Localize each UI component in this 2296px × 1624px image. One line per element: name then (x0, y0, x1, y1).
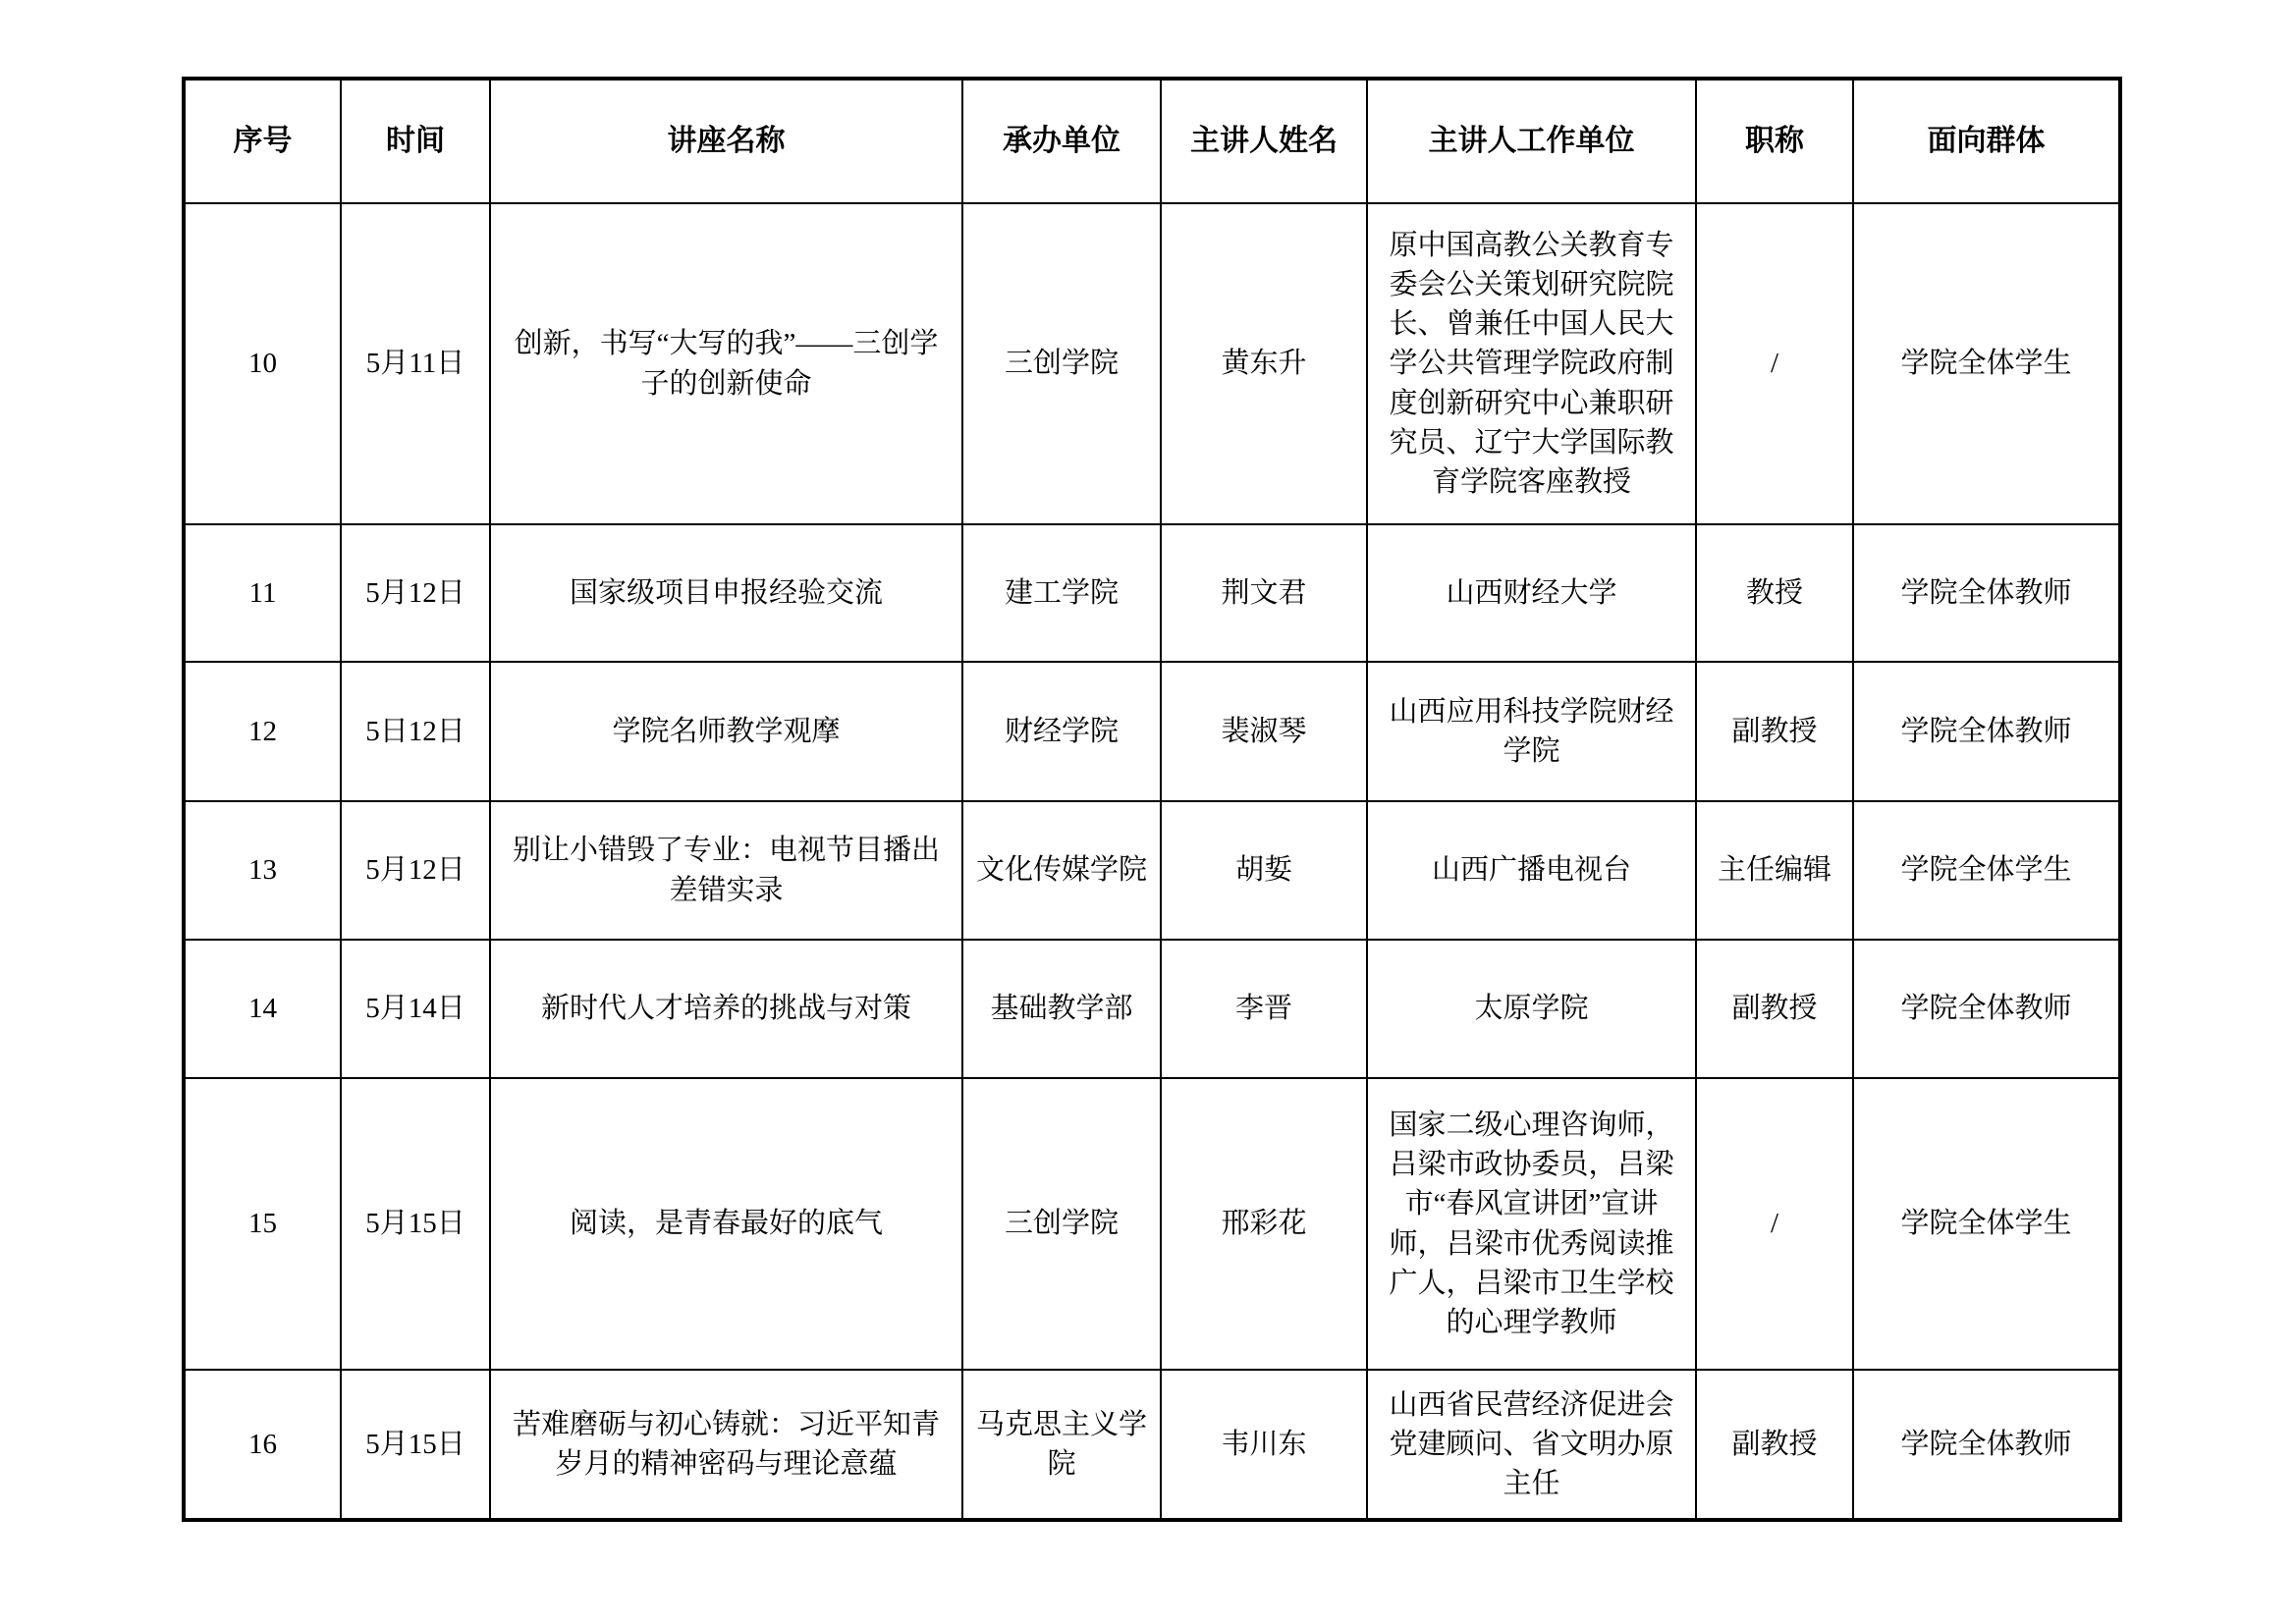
cell-organizer: 马克思主义学院 (962, 1370, 1161, 1520)
header-speaker: 主讲人姓名 (1161, 79, 1367, 203)
cell-time: 5月14日 (341, 940, 490, 1078)
cell-time: 5日12日 (341, 662, 490, 801)
table-row: 14 5月14日 新时代人才培养的挑战与对策 基础教学部 李晋 太原学院 副教授… (184, 940, 2120, 1078)
cell-organizer: 财经学院 (962, 662, 1161, 801)
cell-work-unit: 太原学院 (1367, 940, 1696, 1078)
cell-title: 苦难磨砺与初心铸就：习近平知青岁月的精神密码与理论意蕴 (490, 1370, 962, 1520)
table-row: 15 5月15日 阅读，是青春最好的底气 三创学院 邢彩花 国家二级心理咨询师，… (184, 1078, 2120, 1370)
cell-no: 13 (184, 801, 341, 940)
cell-audience: 学院全体学生 (1853, 1078, 2120, 1370)
cell-title: 别让小错毁了专业：电视节目播出差错实录 (490, 801, 962, 940)
cell-audience: 学院全体学生 (1853, 801, 2120, 940)
cell-rank: 主任编辑 (1696, 801, 1853, 940)
table-row: 10 5月11日 创新，书写“大写的我”——三创学子的创新使命 三创学院 黄东升… (184, 203, 2120, 524)
header-audience: 面向群体 (1853, 79, 2120, 203)
cell-audience: 学院全体教师 (1853, 524, 2120, 662)
lecture-schedule-table: 序号 时间 讲座名称 承办单位 主讲人姓名 主讲人工作单位 职称 面向群体 10… (182, 77, 2122, 1522)
document-page: 序号 时间 讲座名称 承办单位 主讲人姓名 主讲人工作单位 职称 面向群体 10… (0, 0, 2296, 1624)
cell-audience: 学院全体学生 (1853, 203, 2120, 524)
cell-work-unit: 山西广播电视台 (1367, 801, 1696, 940)
cell-time: 5月11日 (341, 203, 490, 524)
header-rank: 职称 (1696, 79, 1853, 203)
cell-no: 11 (184, 524, 341, 662)
cell-speaker: 邢彩花 (1161, 1078, 1367, 1370)
cell-work-unit: 山西财经大学 (1367, 524, 1696, 662)
cell-title: 新时代人才培养的挑战与对策 (490, 940, 962, 1078)
cell-speaker: 李晋 (1161, 940, 1367, 1078)
cell-audience: 学院全体教师 (1853, 940, 2120, 1078)
cell-no: 15 (184, 1078, 341, 1370)
cell-rank: 副教授 (1696, 1370, 1853, 1520)
cell-speaker: 荆文君 (1161, 524, 1367, 662)
table-row: 16 5月15日 苦难磨砺与初心铸就：习近平知青岁月的精神密码与理论意蕴 马克思… (184, 1370, 2120, 1520)
cell-audience: 学院全体教师 (1853, 1370, 2120, 1520)
cell-work-unit: 山西应用科技学院财经学院 (1367, 662, 1696, 801)
cell-speaker: 裴淑琴 (1161, 662, 1367, 801)
cell-title: 学院名师教学观摩 (490, 662, 962, 801)
cell-speaker: 韦川东 (1161, 1370, 1367, 1520)
cell-no: 10 (184, 203, 341, 524)
table-row: 11 5月12日 国家级项目申报经验交流 建工学院 荆文君 山西财经大学 教授 … (184, 524, 2120, 662)
cell-title: 国家级项目申报经验交流 (490, 524, 962, 662)
cell-title: 创新，书写“大写的我”——三创学子的创新使命 (490, 203, 962, 524)
cell-speaker: 胡娎 (1161, 801, 1367, 940)
header-row: 序号 时间 讲座名称 承办单位 主讲人姓名 主讲人工作单位 职称 面向群体 (184, 79, 2120, 203)
cell-time: 5月12日 (341, 524, 490, 662)
cell-rank: / (1696, 1078, 1853, 1370)
header-organizer: 承办单位 (962, 79, 1161, 203)
cell-audience: 学院全体教师 (1853, 662, 2120, 801)
cell-no: 12 (184, 662, 341, 801)
cell-speaker: 黄东升 (1161, 203, 1367, 524)
cell-organizer: 文化传媒学院 (962, 801, 1161, 940)
header-no: 序号 (184, 79, 341, 203)
cell-organizer: 基础教学部 (962, 940, 1161, 1078)
cell-work-unit: 原中国高教公关教育专委会公关策划研究院院长、曾兼任中国人民大学公共管理学院政府制… (1367, 203, 1696, 524)
cell-rank: 副教授 (1696, 940, 1853, 1078)
cell-title: 阅读，是青春最好的底气 (490, 1078, 962, 1370)
cell-time: 5月15日 (341, 1078, 490, 1370)
cell-rank: 副教授 (1696, 662, 1853, 801)
table-row: 13 5月12日 别让小错毁了专业：电视节目播出差错实录 文化传媒学院 胡娎 山… (184, 801, 2120, 940)
cell-work-unit: 山西省民营经济促进会党建顾问、省文明办原主任 (1367, 1370, 1696, 1520)
cell-work-unit: 国家二级心理咨询师，吕梁市政协委员，吕梁市“春风宣讲团”宣讲师，吕梁市优秀阅读推… (1367, 1078, 1696, 1370)
cell-no: 16 (184, 1370, 341, 1520)
cell-time: 5月12日 (341, 801, 490, 940)
cell-rank: 教授 (1696, 524, 1853, 662)
header-work-unit: 主讲人工作单位 (1367, 79, 1696, 203)
cell-time: 5月15日 (341, 1370, 490, 1520)
table-row: 12 5日12日 学院名师教学观摩 财经学院 裴淑琴 山西应用科技学院财经学院 … (184, 662, 2120, 801)
header-time: 时间 (341, 79, 490, 203)
cell-organizer: 三创学院 (962, 1078, 1161, 1370)
cell-organizer: 建工学院 (962, 524, 1161, 662)
header-title: 讲座名称 (490, 79, 962, 203)
cell-no: 14 (184, 940, 341, 1078)
cell-rank: / (1696, 203, 1853, 524)
cell-organizer: 三创学院 (962, 203, 1161, 524)
